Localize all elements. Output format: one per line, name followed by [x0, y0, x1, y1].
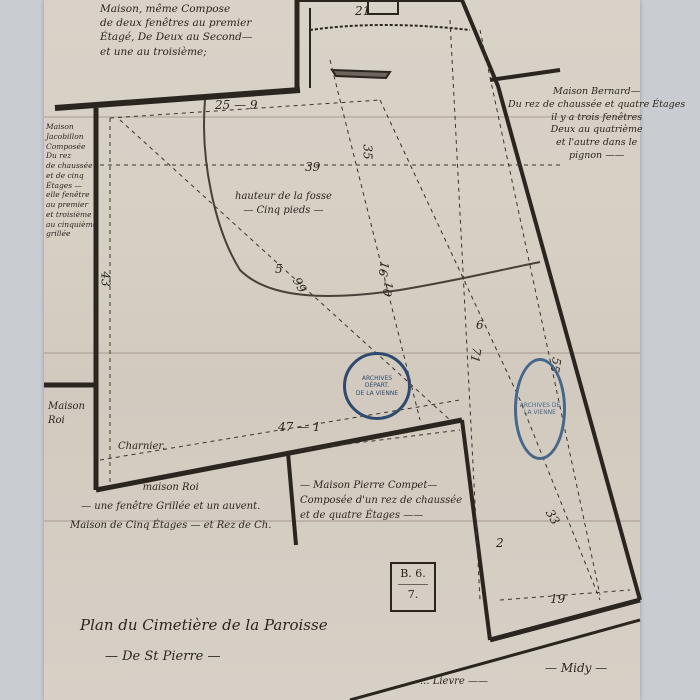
- document-title: Plan du Cimetière de la Paroisse: [80, 615, 328, 635]
- measure-diagonal: 16: [375, 260, 391, 277]
- archive-stamp-round: ARCHIVES DÉPART. DE LA VIENNE: [343, 352, 411, 420]
- document-subtitle: — De St Pierre —: [105, 648, 221, 666]
- measure-upper-left: 25 — 9: [215, 98, 258, 112]
- reference-box: B. 6. 7.: [390, 562, 436, 612]
- measure-diagonal: 5: [275, 262, 283, 276]
- measure-left-height: 43: [99, 271, 113, 286]
- measure-right-lower: 19: [550, 592, 565, 606]
- measure-vertical-center: 35: [361, 144, 375, 159]
- label-bottom-partial: ... Lievre ——: [420, 675, 488, 689]
- label-pit-depth: hauteur de la fosse — Cinq pieds —: [235, 190, 332, 217]
- measure-diagonal: 2: [496, 536, 504, 550]
- label-maison-jacobillon: Maison Jacobillon Composée Du rez de cha…: [46, 122, 97, 239]
- label-maison-roi-bottom: maison Roi — une fenêtre Grillée et un a…: [70, 478, 271, 535]
- label-charnier: Charnier.: [118, 440, 165, 454]
- measure-diagonal: 10: [379, 280, 395, 297]
- reference-box-line1: B. 6.: [392, 564, 434, 584]
- measure-diagonal: 71: [467, 346, 483, 363]
- label-house-top-left: Maison, même Compose de deux fenêtres au…: [100, 2, 252, 59]
- measure-top-width: 21: [355, 4, 370, 18]
- orientation-label-midy: — Midy —: [545, 660, 607, 676]
- reference-box-line2: 7.: [392, 585, 434, 605]
- measure-middle-width: 39: [305, 160, 320, 174]
- archive-stamp-oval: ARCHIVES DE LA VIENNE: [514, 358, 566, 460]
- label-maison-bernard: Maison Bernard— Du rez de chaussée et qu…: [508, 86, 685, 163]
- measure-lower-width: 47 — 1: [278, 420, 321, 434]
- label-maison-roi-left: Maison Roi: [48, 400, 85, 427]
- label-maison-pierre-compet: — Maison Pierre Compet— Composée d'un re…: [300, 478, 462, 523]
- measure-diagonal: 6: [476, 318, 484, 332]
